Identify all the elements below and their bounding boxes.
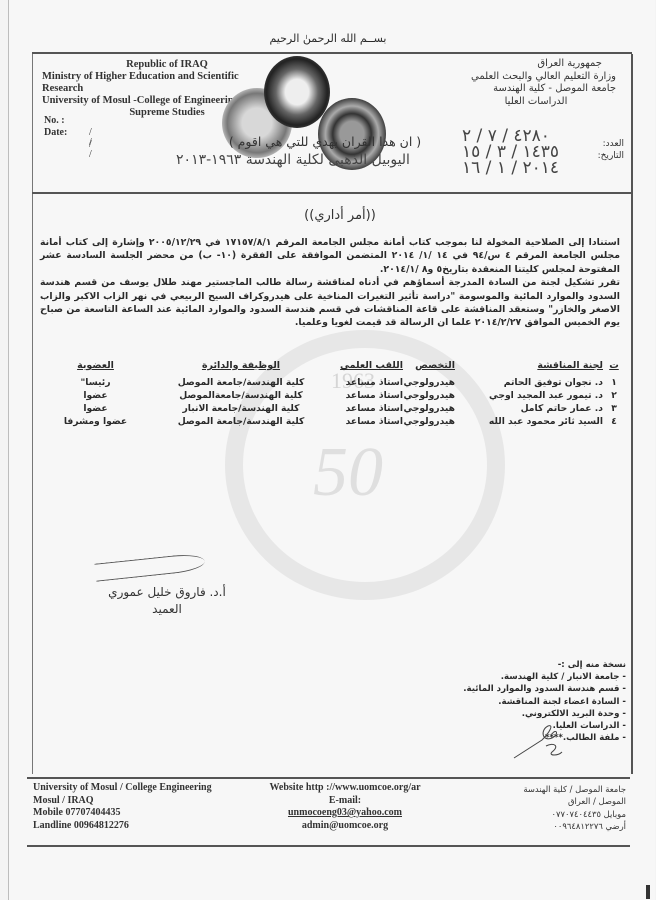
quran-verse: ( ان هذا القران يهدي للتي هي اقوم ) [195,134,455,149]
footer-ar-line-1: جامعة الموصل / كلية الهندسة [523,783,626,795]
committee-table: ت لجنة المناقشة التخصص اللقب العلمي الوظ… [40,360,625,428]
arabic-division: الدراسات العليا [436,96,616,109]
footer-en-landline: Landline 00964812276 [33,820,212,833]
member-specialty: هيدرولوجي [403,402,455,415]
arabic-letterhead: جمهورية العراق وزارة التعليم العالي والب… [436,58,616,108]
arabic-date-label: التاريخ: [598,150,624,162]
letterhead-footer: University of Mosul / College Engineerin… [27,777,630,847]
member-role: عضوا [40,402,151,415]
header-top-rule [32,52,632,54]
copies-heading: نسخة منه إلى :- [426,659,626,671]
order-paragraph-authority: استنادا إلى الصلاحية المخولة لنا بموجب ك… [40,236,620,276]
footer-ar-landline: أرضي ٠٠٩٦٤٨١٢٢٧٦ [523,820,626,832]
member-rank: استاذ مساعد [331,389,403,402]
date-slashes-2: / / [89,137,98,161]
order-paragraph-decision: تقرر تشكيل لجنة من السادة المدرجة أسماؤه… [40,276,620,330]
committee-row: ٣ د. عمار حاتم كامل هيدرولوجي استاذ مساع… [40,402,625,415]
member-name: د. عمار حاتم كامل [455,402,603,415]
member-role: رئيسا" [40,376,151,389]
col-rank: اللقب العلمي [331,360,403,376]
member-affiliation: كلية الهندسة/جامعة الانبار [151,402,331,415]
administrative-order-title: ((أمر أداري)) [230,208,450,223]
member-specialty: هيدرولوجي [403,415,455,428]
member-affiliation: كلية الهندسة/جامعةالموصل [151,389,331,402]
footer-email-1: unmocoeng03@yahoo.com [240,807,450,820]
arabic-university: جامعة الموصل - كلية الهندسة [436,83,616,96]
english-ministry: Ministry of Higher Education and Scienti… [42,71,272,95]
footer-en-line-2: Mosul / IRAQ [33,795,212,808]
copy-recipient: - جامعة الانبار / كلية الهندسة. [426,671,626,683]
footer-ar-line-2: الموصل / العراق [523,795,626,807]
handwritten-initials-icon [512,720,567,760]
row-number: ٣ [603,402,625,415]
member-affiliation: كلية الهندسة/جامعة الموصل [151,415,331,428]
handwritten-gregorian-date: ٢٠١٤ / ١ / ١٦ [462,158,559,178]
signatory-title: العميد [92,601,242,618]
footer-en-line-1: University of Mosul / College Engineerin… [33,782,212,795]
basmala: بســم الله الرحمنٰ الرحيم [0,32,656,45]
frame-border-left [32,54,33,774]
member-rank: استاذ مساعد [331,415,403,428]
english-country: Republic of IRAQ [42,59,272,71]
member-affiliation: كلية الهندسة/جامعة الموصل [151,376,331,389]
frame-border-right [631,54,633,774]
english-no-label: No. : [44,115,67,127]
member-rank: استاذ مساعد [331,376,403,389]
member-role: عضوا ومشرفا [40,415,151,428]
copy-recipient: - قسم هندسة السدود والموارد المائية. [426,683,626,695]
member-name: السيد ثائر محمود عبد الله [455,415,603,428]
footer-ar-mobile: موبايل ٠٧٧٠٧٤٠٤٤٣٥ [523,808,626,820]
row-number: ٤ [603,415,625,428]
member-role: عضوا [40,389,151,402]
footer-email-2: admin@uomcoe.org [240,820,450,833]
member-name: د. تيمور عبد المجيد اوجي [455,389,603,402]
footer-en-mobile: Mobile 07707404435 [33,807,212,820]
university-of-mosul-logo [264,56,330,128]
scan-edge-mark [646,885,650,899]
arabic-country: جمهورية العراق [436,58,616,71]
watermark-number: 50 [313,433,383,513]
signatory-block: أ.د. فاروق خليل عموري العميد [92,584,242,618]
col-affiliation: الوظيفة والدائرة [151,360,331,376]
english-ref-block: No. : Date: / / / / [44,115,67,139]
member-name: د. نجوان توفيق الحاتم [455,376,603,389]
copy-recipient: - وحدة البريد الالكتروني. [426,708,626,720]
col-membership: العضوية [40,360,151,376]
arabic-no-label: العدد: [603,138,624,150]
order-body: استنادا إلى الصلاحية المخولة لنا بموجب ك… [40,236,620,330]
member-rank: استاذ مساعد [331,402,403,415]
member-specialty: هيدرولوجي [403,389,455,402]
header-bottom-rule [32,192,632,194]
member-specialty: هيدرولوجي [403,376,455,389]
arabic-ministry: وزارة التعليم العالي والبحث العلمي [436,71,616,84]
col-number: ت [603,360,625,376]
golden-jubilee-text: اليوبيل الذهبى لكلية الهندسة ١٩٦٣-٢٠١٣ [128,152,458,168]
row-number: ٢ [603,389,625,402]
row-number: ١ [603,376,625,389]
footer-website: Website http ://www.uomcoe.org/ar [240,782,450,795]
col-specialty: التخصص [403,360,455,376]
committee-header-row: ت لجنة المناقشة التخصص اللقب العلمي الوظ… [40,360,625,376]
english-date-label: Date: [44,127,67,139]
footer-english-contact: University of Mosul / College Engineerin… [33,782,212,832]
copy-recipient: - السادة اعضاء لجنة المناقشة. [426,696,626,708]
footer-email-label: E-mail: [240,795,450,808]
footer-web-contact: Website http ://www.uomcoe.org/ar E-mail… [240,782,450,832]
committee-row: ٢ د. تيمور عبد المجيد اوجي هيدرولوجي است… [40,389,625,402]
committee-row: ١ د. نجوان توفيق الحاتم هيدرولوجي استاذ … [40,376,625,389]
col-committee: لجنة المناقشة [455,360,603,376]
footer-arabic-contact: جامعة الموصل / كلية الهندسة الموصل / الع… [523,783,626,832]
signatory-name: أ.د. فاروق خليل عموري [92,584,242,601]
committee-row: ٤ السيد ثائر محمود عبد الله هيدرولوجي اس… [40,415,625,428]
